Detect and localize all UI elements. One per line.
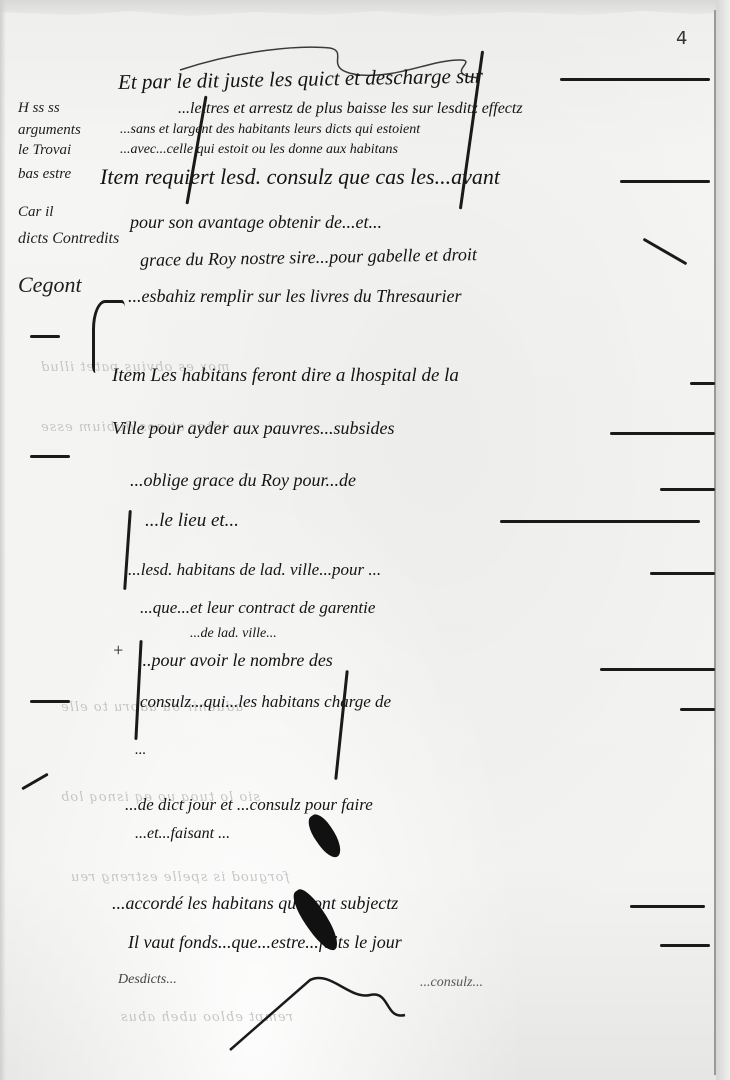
line-filler-stroke (600, 668, 715, 671)
line-filler-stroke (610, 432, 715, 435)
signature-flourish (220, 960, 420, 1060)
line-filler-stroke (650, 572, 715, 575)
text-line: pour son avantage obtenir de...et... (130, 212, 382, 233)
text-line: ...lesd. habitans de lad. ville...pour .… (128, 560, 381, 580)
margin-tick (21, 773, 48, 791)
bleed-through-text: forguod is spelle estreng reu (70, 870, 289, 885)
margin-tick (30, 700, 70, 703)
text-line: ...esbahiz remplir sur les livres du Thr… (128, 286, 462, 307)
text-line: Item requiert lesd. consulz que cas les.… (100, 164, 500, 190)
scribble-mark (92, 300, 125, 373)
text-line: Et par le dit juste les quict et deschar… (118, 64, 483, 95)
margin-note: dicts Contredits (18, 230, 119, 248)
text-line: ...sans et largent des habitants leurs d… (120, 122, 420, 138)
text-line: ...avec...celle qui estoit ou les donne … (120, 142, 398, 158)
text-line: ...et...faisant ... (135, 825, 230, 843)
margin-note: Car il (18, 204, 53, 221)
text-line: ...de dict jour et ...consulz pour faire (125, 795, 373, 815)
ascender-stroke (334, 670, 348, 780)
folio-number: 4 (676, 28, 687, 49)
line-filler-stroke (643, 238, 688, 266)
text-line: grace du Roy nostre sire...pour gabelle … (140, 244, 477, 271)
margin-note: arguments (18, 122, 81, 139)
text-line: Il vaut fonds...que...estre...faits le j… (128, 932, 402, 953)
manuscript-page: mox es obvius patet illud inter et nos d… (0, 0, 730, 1080)
line-filler-stroke (660, 488, 715, 491)
signature-line: Desdicts... (118, 972, 177, 988)
text-line: ...que...et leur contract de garentie (140, 598, 375, 618)
line-filler-stroke (620, 180, 710, 183)
text-line: ...de lad. ville... (190, 626, 277, 642)
strike-through-stroke (500, 520, 700, 523)
margin-note: H ss ss (18, 100, 60, 117)
line-filler-stroke (630, 905, 705, 908)
line-filler-stroke (680, 708, 715, 711)
margin-note: bas estre (18, 166, 71, 183)
text-line: Ville pour ayder aux pauvres...subsides (112, 418, 394, 439)
left-page-edge (0, 0, 6, 1080)
torn-top-edge (0, 0, 730, 20)
line-filler-stroke (660, 944, 710, 947)
text-line: Item Les habitans feront dire a lhospita… (112, 365, 459, 387)
margin-tick (30, 455, 70, 458)
text-line: ...oblige grace du Roy pour...de (130, 470, 356, 491)
text-line: ...le lieu et... (145, 510, 239, 532)
text-line: ...accordé les habitans qui sont subject… (112, 893, 398, 914)
line-filler-stroke (690, 382, 715, 385)
margin-cross-mark: + (112, 640, 124, 661)
line-filler-stroke (560, 78, 710, 81)
ascender-stroke (134, 640, 142, 740)
ink-blot (303, 811, 347, 862)
text-line: consulz...qui...les habitans charge de (140, 692, 391, 712)
right-page-edge (716, 0, 730, 1080)
margin-tick (30, 335, 60, 338)
text-line: ...pour avoir le nombre des (138, 650, 333, 671)
margin-note: Cegont (18, 272, 82, 298)
text-line: ...lettres et arrestz de plus baisse les… (178, 100, 523, 118)
text-line: ... (135, 742, 146, 759)
margin-note: le Trovai (18, 142, 71, 159)
signature-line: ...consulz... (420, 975, 483, 991)
